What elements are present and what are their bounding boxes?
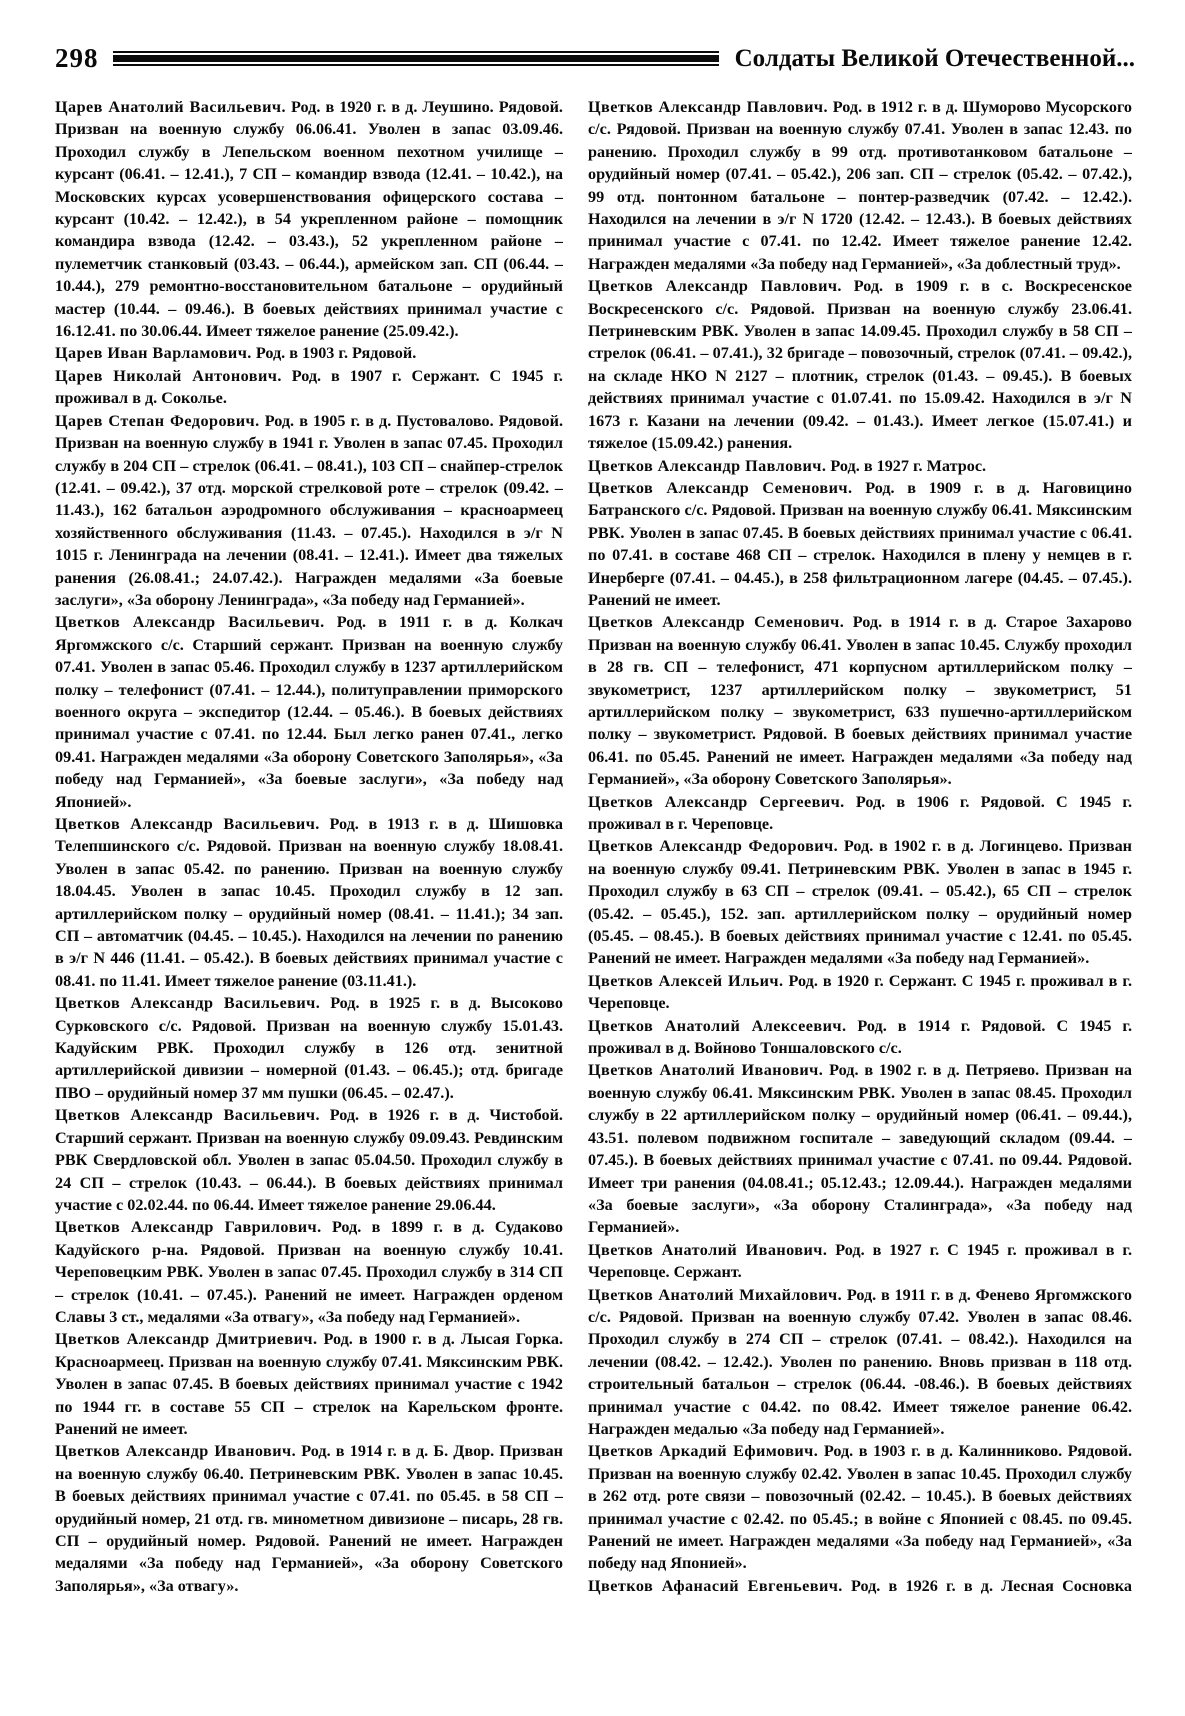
soldier-name: Цветков Александр Васильевич. (55, 994, 320, 1012)
biography-entry: Царев Николай Антонович. Род. в 1907 г. … (55, 365, 563, 410)
soldier-name: Цветков Александр Дмитриевич. (55, 1330, 317, 1348)
soldier-name: Цветков Александр Гаврилович. (55, 1218, 322, 1236)
soldier-name: Царев Иван Варламович. (55, 344, 252, 362)
soldier-name: Цветков Анатолий Иванович. (588, 1241, 827, 1259)
biography-entry: Цветков Анатолий Иванович. Род. в 1927 г… (588, 1239, 1132, 1284)
header-rule-thick (113, 55, 719, 62)
book-page: { "page": { "number": "298", "running_ti… (0, 0, 1185, 1716)
biography-entry: Цветков Александр Никифорович. Род. в 18… (55, 1597, 563, 1601)
soldier-name: Цветков Аркадий Ефимович. (588, 1442, 818, 1460)
soldier-name: Цветков Александр Сергеевич. (588, 793, 845, 811)
soldier-name: Цветков Александр Иванович. (55, 1442, 296, 1460)
soldier-name: Царев Степан Федорович. (55, 412, 260, 430)
biography-entry: Цветков Афанасий Евгеньевич. Род. в 1926… (588, 1575, 1132, 1601)
biography-entry: Цветков Александр Васильевич. Род. в 191… (55, 611, 563, 813)
soldier-name: Царев Николай Антонович. (55, 367, 282, 385)
header-rule-thin-top (113, 51, 719, 53)
biography-entry: Цветков Александр Павлович. Род. в 1927 … (588, 455, 1132, 477)
soldier-name: Цветков Анатолий Михайлович. (588, 1286, 842, 1304)
biography-entry: Цветков Александр Дмитриевич. Род. в 190… (55, 1328, 563, 1440)
biography-entry: Цветков Александр Сергеевич. Род. в 1906… (588, 791, 1132, 836)
soldier-name: Цветков Анатолий Алексеевич. (588, 1017, 846, 1035)
biography-entry: Цветков Александр Васильевич. Род. в 192… (55, 1104, 563, 1216)
soldier-name: Цветков Афанасий Евгеньевич. (588, 1577, 843, 1595)
soldier-name: Царев Анатолий Васильевич. (55, 98, 286, 116)
soldier-name: Цветков Александр Никифорович. (55, 1599, 325, 1601)
biography-entry: Цветков Александр Гаврилович. Род. в 189… (55, 1216, 563, 1328)
biography-entry: Цветков Александр Иванович. Род. в 1914 … (55, 1440, 563, 1597)
biography-entry: Цветков Александр Семенович. Род. в 1909… (588, 477, 1132, 611)
biography-entry: Царев Иван Варламович. Род. в 1903 г. Ря… (55, 342, 563, 364)
soldier-name: Цветков Александр Васильевич. (55, 1106, 320, 1124)
biography-entry: Царев Степан Федорович. Род. в 1905 г. в… (55, 410, 563, 612)
right-text-column: Цветков Александр Павлович. Род. в 1912 … (588, 96, 1132, 1601)
biography-entry: Цветков Алексей Ильич. Род. в 1920 г. Се… (588, 970, 1132, 1015)
soldier-name: Цветков Александр Васильевич. (55, 613, 325, 631)
soldier-name: Цветков Александр Федорович. (588, 837, 838, 855)
soldier-name: Цветков Александр Васильевич. (55, 815, 320, 833)
page-header: 298 Солдаты Великой Отечественной... (55, 40, 1135, 76)
page-number: 298 (55, 45, 99, 72)
left-text-column: Царев Анатолий Васильевич. Род. в 1920 г… (55, 96, 563, 1601)
soldier-name: Цветков Александр Павлович. (588, 457, 826, 475)
biography-entry: Цветков Александр Семенович. Род. в 1914… (588, 611, 1132, 790)
biography-entry: Цветков Анатолий Михайлович. Род. в 1911… (588, 1284, 1132, 1441)
biography-entry: Цветков Александр Федорович. Род. в 1902… (588, 835, 1132, 969)
biography-entry: Цветков Александр Васильевич. Род. в 191… (55, 813, 563, 992)
soldier-name: Цветков Александр Семенович. (588, 479, 852, 497)
biography-entry: Цветков Александр Павлович. Род. в 1912 … (588, 96, 1132, 275)
biography-entry: Цветков Анатолий Алексеевич. Род. в 1914… (588, 1015, 1132, 1060)
biography-entry: Цветков Анатолий Иванович. Род. в 1902 г… (588, 1059, 1132, 1238)
soldier-name: Цветков Анатолий Иванович. (588, 1061, 823, 1079)
biography-entry: Цветков Александр Павлович. Род. в 1909 … (588, 275, 1132, 454)
running-title: Солдаты Великой Отечественной... (735, 46, 1135, 71)
header-rule-divider (113, 50, 719, 66)
biography-entry: Цветков Александр Васильевич. Род. в 192… (55, 992, 563, 1104)
biography-entry: Царев Анатолий Васильевич. Род. в 1920 г… (55, 96, 563, 342)
soldier-name: Цветков Александр Семенович. (588, 613, 844, 631)
soldier-name: Цветков Александр Павлович. (588, 277, 842, 295)
soldier-name: Цветков Александр Павлович. (588, 98, 828, 116)
header-rule-thin-bottom (113, 64, 719, 66)
soldier-name: Цветков Алексей Ильич. (588, 972, 784, 990)
biography-entry: Цветков Аркадий Ефимович. Род. в 1903 г.… (588, 1440, 1132, 1574)
